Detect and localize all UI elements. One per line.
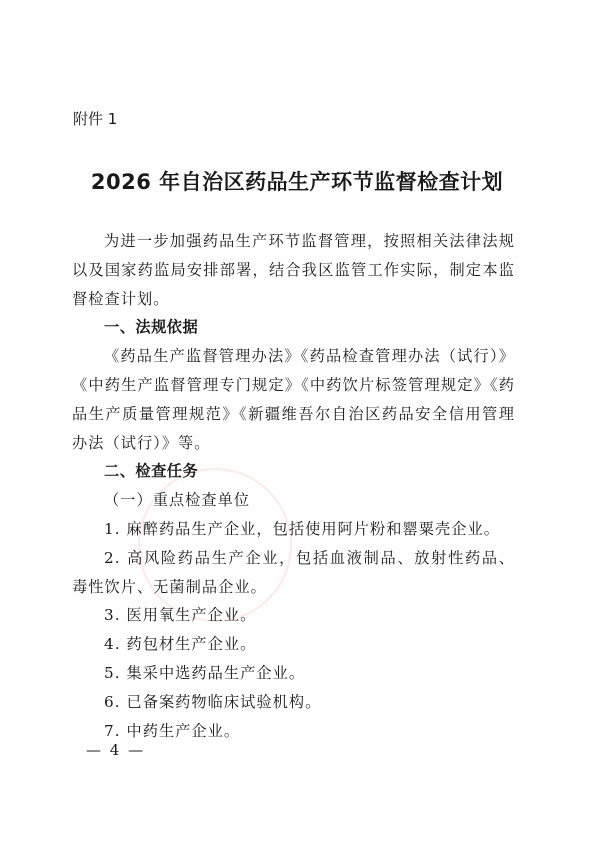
list-item: 5. 集采中选药品生产企业。 — [72, 659, 515, 688]
page-number: — 4 — — [86, 741, 145, 759]
document-page: 附件 1 2026 年自治区药品生产环节监督检查计划 为进一步加强药品生产环节监… — [0, 0, 594, 841]
intro-paragraph: 为进一步加强药品生产环节监督管理，按照相关法律法规以及国家药监局安排部署，结合我… — [72, 227, 515, 313]
document-title: 2026 年自治区药品生产环节监督检查计划 — [0, 166, 594, 196]
list-item: 6. 已备案药物临床试验机构。 — [72, 688, 515, 717]
section-heading-inspection-tasks: 二、检查任务 — [72, 457, 515, 486]
list-item: 1. 麻醉药品生产企业，包括使用阿片粉和罂粟壳企业。 — [72, 515, 515, 544]
legal-basis-paragraph: 《药品生产监督管理办法》《药品检查管理办法（试行）》《中药生产监督管理专门规定》… — [72, 342, 515, 457]
list-item: 3. 医用氧生产企业。 — [72, 601, 515, 630]
list-item: 4. 药包材生产企业。 — [72, 630, 515, 659]
attachment-label: 附件 1 — [73, 108, 117, 129]
subheading-key-units: （一）重点检查单位 — [72, 486, 515, 515]
document-body: 为进一步加强药品生产环节监督管理，按照相关法律法规以及国家药监局安排部署，结合我… — [72, 227, 515, 745]
list-item: 2. 高风险药品生产企业，包括血液制品、放射性药品、毒性饮片、无菌制品企业。 — [72, 544, 515, 602]
section-heading-legal-basis: 一、法规依据 — [72, 313, 515, 342]
